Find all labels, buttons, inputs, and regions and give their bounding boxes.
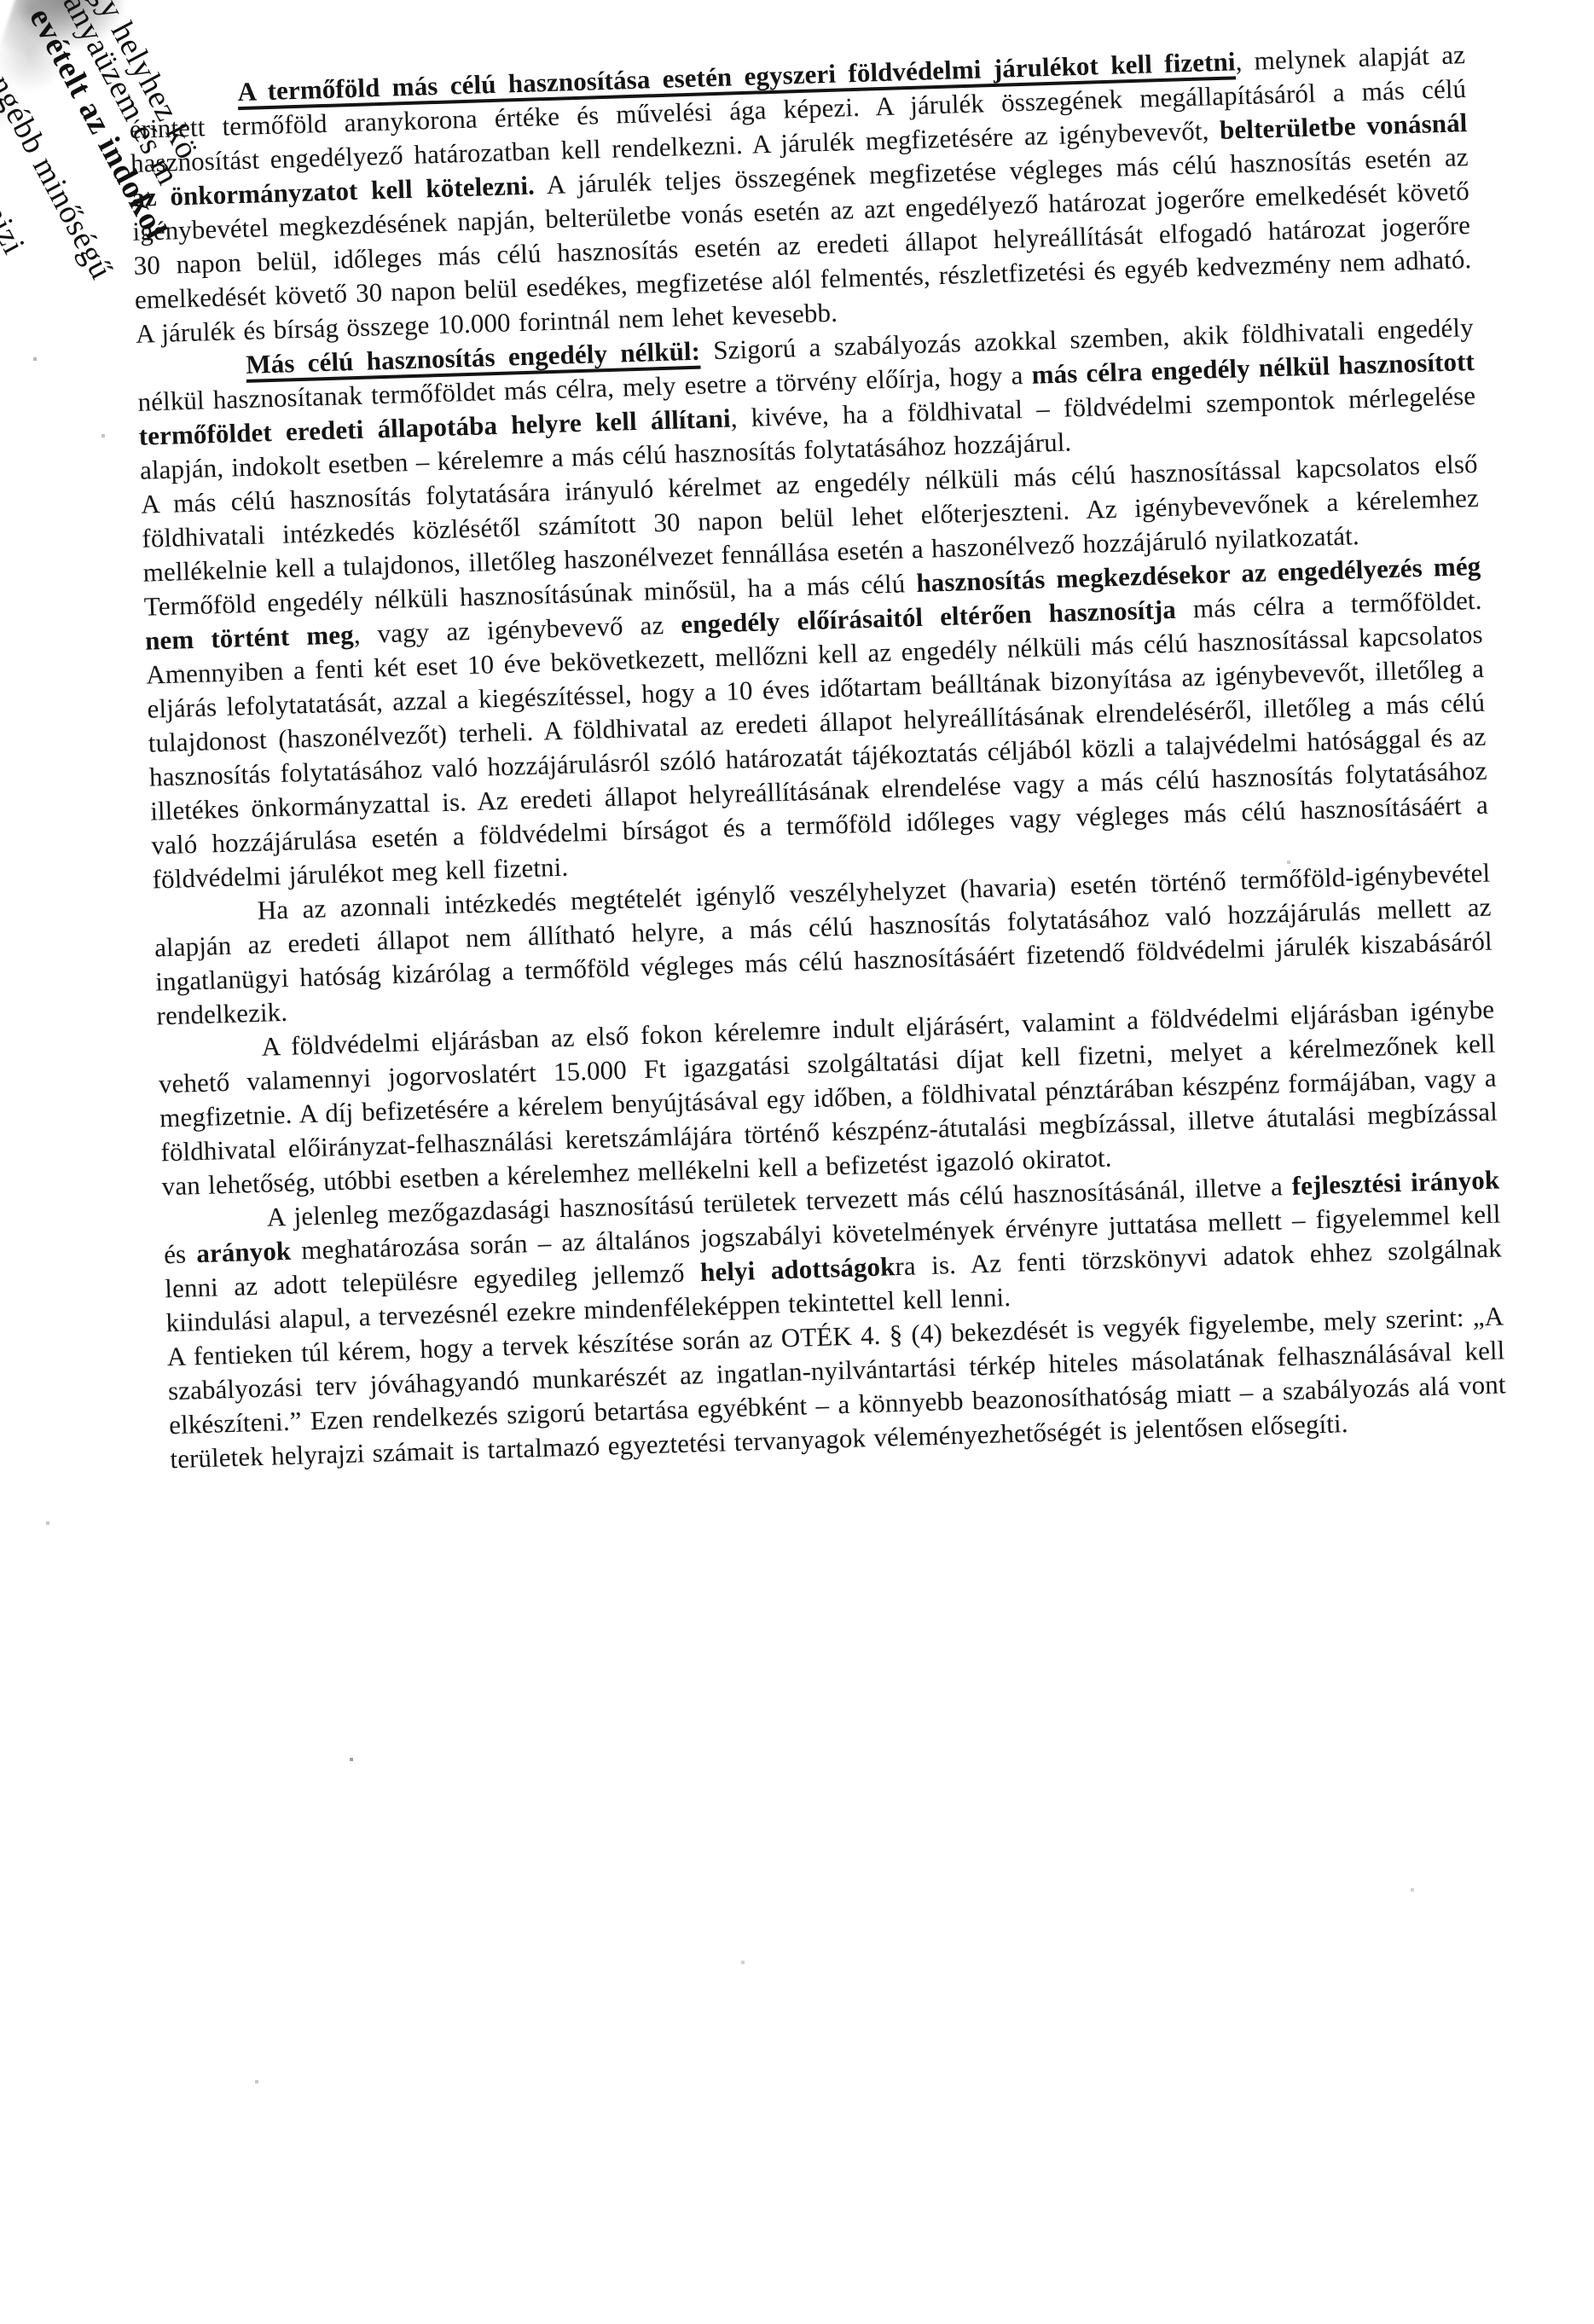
text-segment: fejlesztési irányok: [1291, 1164, 1499, 1200]
text-segment: , vagy az igénybevevő az: [353, 610, 681, 650]
text-segment: helyi adottságok: [700, 1251, 896, 1287]
document-body: A termőföld más célú hasznosítása esetén…: [128, 38, 1507, 1476]
text-segment: arányok: [196, 1236, 292, 1268]
scanned-document-page: álgy helyhez köbányaüzem és mevételt az …: [0, 0, 1594, 2324]
scan-noise-specks: [0, 0, 2, 2]
paragraph: Termőföld engedély nélküli hasznosításún…: [143, 549, 1489, 897]
paragraph: A termőföld más célú hasznosítása esetén…: [128, 38, 1473, 351]
text-segment: és: [164, 1238, 197, 1269]
